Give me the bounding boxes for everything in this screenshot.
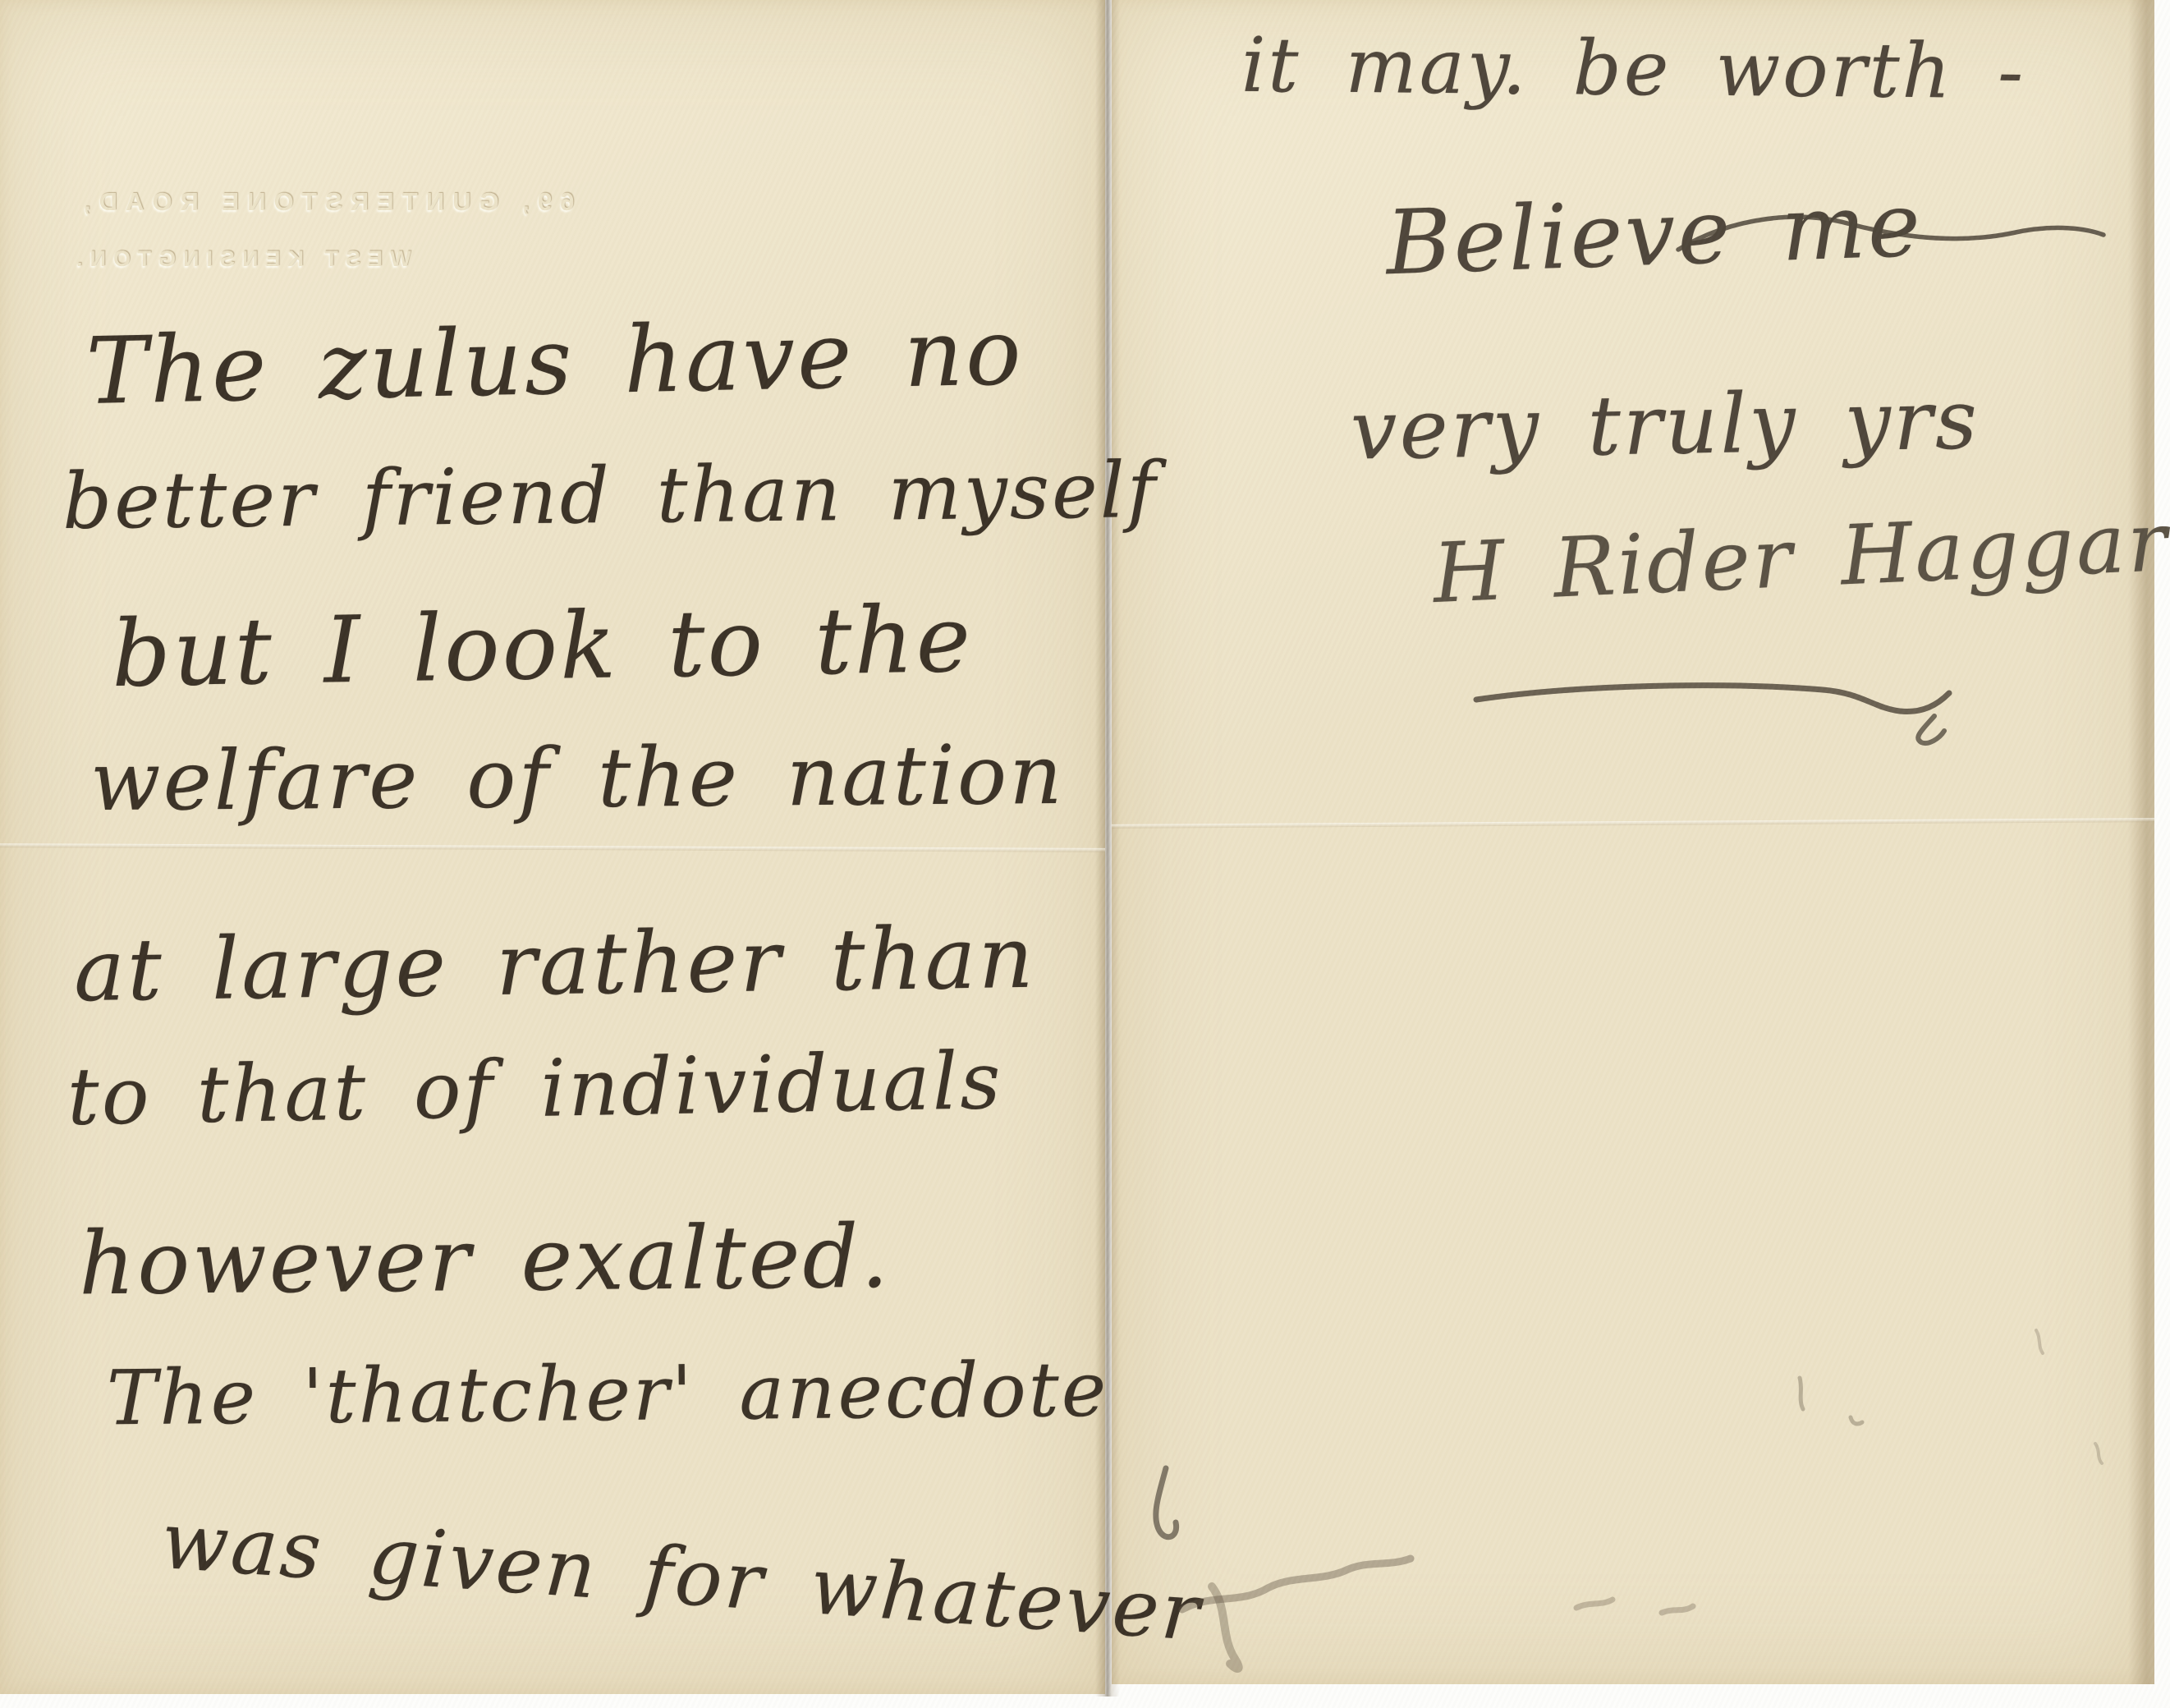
handwriting-line: welfare of the nation bbox=[90, 734, 1065, 823]
letterhead-district-embossed: WEST KENSINGTON. bbox=[69, 246, 411, 272]
signature-flourish bbox=[1470, 672, 1962, 778]
handwriting-line: at large rather than bbox=[73, 915, 1036, 1013]
handwriting-line: The 'thatcher' anecdote bbox=[107, 1352, 1109, 1437]
handwriting-line: it may. be worth - bbox=[1241, 28, 2026, 110]
handwriting-line: however exalted. bbox=[79, 1214, 892, 1308]
handwriting-line: better friend than myself bbox=[62, 452, 1158, 541]
ink-smudges bbox=[1133, 1281, 2135, 1675]
handwriting-line: but I look to the bbox=[111, 594, 974, 700]
valediction-line: very truly yrs bbox=[1350, 379, 1980, 471]
letter-scan: 69, GUNTERSTONE ROAD, WEST KENSINGTON. T… bbox=[0, 0, 2170, 1708]
handwriting-line: to that of individuals bbox=[67, 1041, 1003, 1136]
letterhead-street-embossed: 69, GUNTERSTONE ROAD, bbox=[76, 187, 574, 217]
handwriting-line: The zulus have no bbox=[85, 306, 1025, 418]
believe-me-flourish bbox=[1675, 207, 2110, 281]
